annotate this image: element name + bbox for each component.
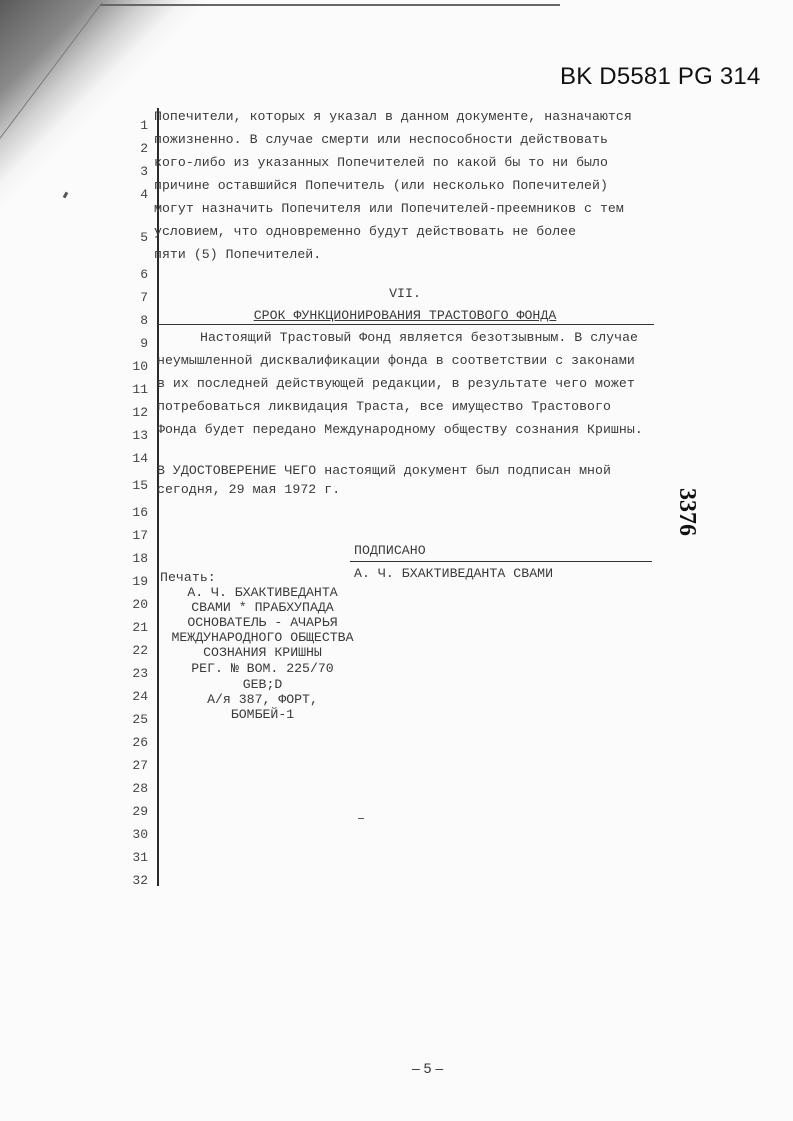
line-number: 5 [118, 230, 148, 245]
line-number: 20 [118, 597, 148, 612]
line-number: 14 [118, 451, 148, 466]
signature-line [350, 561, 652, 562]
line-number: 28 [118, 781, 148, 796]
line-number: 26 [118, 735, 148, 750]
paragraph-line: Фонда будет передано Международному обще… [157, 422, 643, 437]
line-number: 8 [118, 313, 148, 328]
attestation-line: В УДОСТОВЕРЕНИЕ ЧЕГО настоящий документ … [157, 463, 611, 478]
paragraph-line: пожизненно. В случае смерти или неспособ… [154, 132, 608, 147]
line-number: 15 [118, 478, 148, 493]
line-number: 9 [118, 336, 148, 351]
seal-line: А. Ч. БХАКТИВЕДАНТА [160, 585, 365, 600]
line-number: 13 [118, 428, 148, 443]
line-number: 30 [118, 827, 148, 842]
line-number: 29 [118, 804, 148, 819]
paragraph-line: неумышленной дисквалификации фонда в соо… [157, 353, 635, 368]
paragraph-line: пяти (5) Попечителей. [154, 247, 321, 262]
section-title: СРОК ФУНКЦИОНИРОВАНИЯ ТРАСТОВОГО ФОНДА [160, 308, 650, 323]
line-number: 25 [118, 712, 148, 727]
line-number: 16 [118, 505, 148, 520]
paragraph-line: потребоваться ликвидация Траста, все иму… [157, 399, 611, 414]
line-number: 10 [118, 359, 148, 374]
section-number: VII. [160, 286, 650, 301]
attestation-line: сегодня, 29 мая 1972 г. [157, 482, 340, 497]
line-number: 31 [118, 850, 148, 865]
paragraph-line: могут назначить Попечителя или Попечител… [154, 201, 624, 216]
seal-line: БОМБЕЙ-1 [160, 707, 365, 722]
line-number: 32 [118, 873, 148, 888]
paragraph-line: кого-либо из указанных Попечителей по ка… [154, 155, 608, 170]
paragraph-line: причине оставшийся Попечитель (или неско… [154, 178, 608, 193]
line-number: 27 [118, 758, 148, 773]
line-number: 21 [118, 620, 148, 635]
seal-line: А/я 387, ФОРТ, [160, 692, 365, 707]
fold-edge-line [100, 4, 560, 6]
line-number: 7 [118, 290, 148, 305]
line-number: 24 [118, 689, 148, 704]
line-number: 22 [118, 643, 148, 658]
stray-dash-mark [358, 818, 364, 819]
seal-line: ОСНОВАТЕЛЬ - АЧАРЬЯ [160, 615, 365, 630]
line-number: 3 [118, 164, 148, 179]
line-number: 4 [118, 187, 148, 202]
section-divider [158, 324, 654, 325]
seal-line: СВАМИ * ПРАБХУПАДА [160, 600, 365, 615]
signature-name: А. Ч. БХАКТИВЕДАНТА СВАМИ [354, 566, 553, 581]
line-number: 11 [118, 382, 148, 397]
seal-label: Печать: [160, 570, 216, 585]
line-number: 2 [118, 141, 148, 156]
book-page-reference: BK D5581 PG 314 [560, 63, 760, 91]
seal-line: GEB;D [160, 677, 365, 692]
seal-line: РЕГ. № ВОМ. 225/70 [160, 661, 365, 676]
line-number: 12 [118, 405, 148, 420]
line-number: 17 [118, 528, 148, 543]
paragraph-line: Настоящий Трастовый Фонд является безотз… [200, 330, 638, 345]
page-number: – 5 – [412, 1060, 443, 1076]
paragraph-line: в их последней действующей редакции, в р… [157, 376, 635, 391]
paragraph-line: Попечители, которых я указал в данном до… [154, 109, 632, 124]
signature-label: ПОДПИСАНО [354, 543, 426, 558]
side-stamp-number: 3376 [673, 488, 700, 536]
seal-line: МЕЖДУНАРОДНОГО ОБЩЕСТВА [160, 630, 365, 645]
seal-line: СОЗНАНИЯ КРИШНЫ [160, 645, 365, 660]
line-number: 19 [118, 574, 148, 589]
line-number: 18 [118, 551, 148, 566]
line-number: 23 [118, 666, 148, 681]
paragraph-line: условием, что одновременно будут действо… [154, 224, 576, 239]
line-number: 1 [118, 118, 148, 133]
line-number: 6 [118, 267, 148, 282]
